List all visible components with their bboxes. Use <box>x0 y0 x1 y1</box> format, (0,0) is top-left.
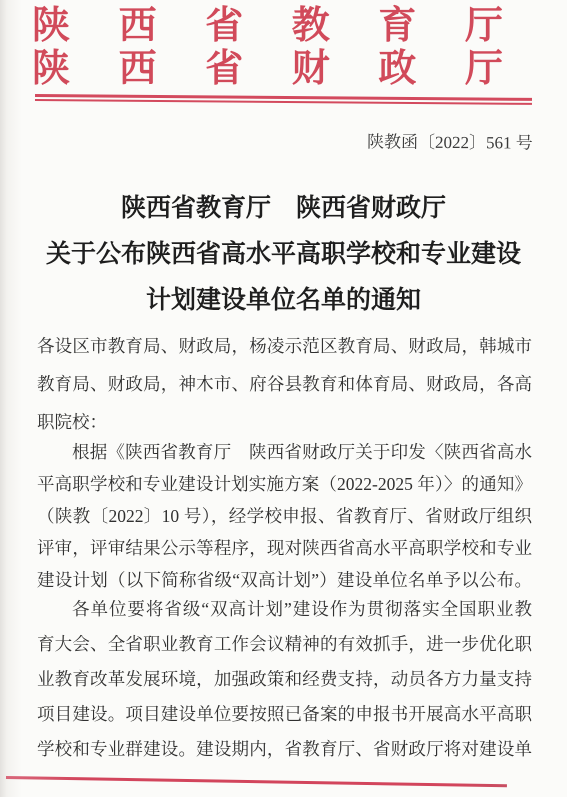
body-line: 平高职学校和专业建设计划实施方案（2022-2025 年）〉的通知》 <box>37 468 532 500</box>
page-bottom-rule <box>6 776 507 787</box>
body-line: 各设区市教育局、财政局，杨凌示范区教育局、财政局，韩城市 <box>37 327 532 365</box>
letterhead-double-rule <box>35 94 532 105</box>
letterhead: 陕西省教育厅 陕西省财政厅 <box>32 5 503 91</box>
salutation-paragraph: 各设区市教育局、财政局，杨凌示范区教育局、财政局，韩城市 教育局、财政局，神木市… <box>37 327 532 441</box>
body-line: 学校和专业群建设。建设期内，省教育厅、省财政厅将对建设单 <box>37 732 532 767</box>
body-paragraph-requirements: 各单位要将省级“双高计划”建设作为贯彻落实全国职业教 育大会、全省职业教育工作会… <box>37 592 532 767</box>
body-paragraph-basis: 根据《陕西省教育厅 陕西省财政厅关于印发〈陕西省高水 平高职学校和专业建设计划实… <box>37 436 532 596</box>
body-line: 评审，评审结果公示等程序，现对陕西省高水平高职学校和专业 <box>37 532 532 564</box>
title-line-3: 计划建设单位名单的通知 <box>0 278 567 324</box>
document-title: 陕西省教育厅 陕西省财政厅 关于公布陕西省高水平高职学校和专业建设 计划建设单位… <box>0 186 567 324</box>
letterhead-org-finance: 陕西省财政厅 <box>32 48 503 91</box>
body-line: 业教育改革发展环境，加强政策和经费支持，动员各方力量支持 <box>37 662 532 697</box>
scanned-document-page: 陕西省教育厅 陕西省财政厅 陕教函〔2022〕561 号 陕西省教育厅 陕西省财… <box>0 0 567 797</box>
title-line-2: 关于公布陕西省高水平高职学校和专业建设 <box>0 232 567 278</box>
body-line: 根据《陕西省教育厅 陕西省财政厅关于印发〈陕西省高水 <box>37 436 532 468</box>
document-number: 陕教函〔2022〕561 号 <box>367 130 533 155</box>
letterhead-org-education: 陕西省教育厅 <box>32 5 503 48</box>
body-line: 项目建设。项目建设单位要按照已备案的申报书开展高水平高职 <box>37 697 532 732</box>
body-line: （陕教〔2022〕10 号），经学校申报、省教育厅、省财政厅组织 <box>37 500 532 532</box>
body-line: 教育局、财政局，神木市、府谷县教育和体育局、财政局，各高 <box>37 365 532 403</box>
title-line-1: 陕西省教育厅 陕西省财政厅 <box>0 186 567 232</box>
body-line: 各单位要将省级“双高计划”建设作为贯彻落实全国职业教 <box>37 592 532 627</box>
body-line: 育大会、全省职业教育工作会议精神的有效抓手，进一步优化职 <box>37 627 532 662</box>
